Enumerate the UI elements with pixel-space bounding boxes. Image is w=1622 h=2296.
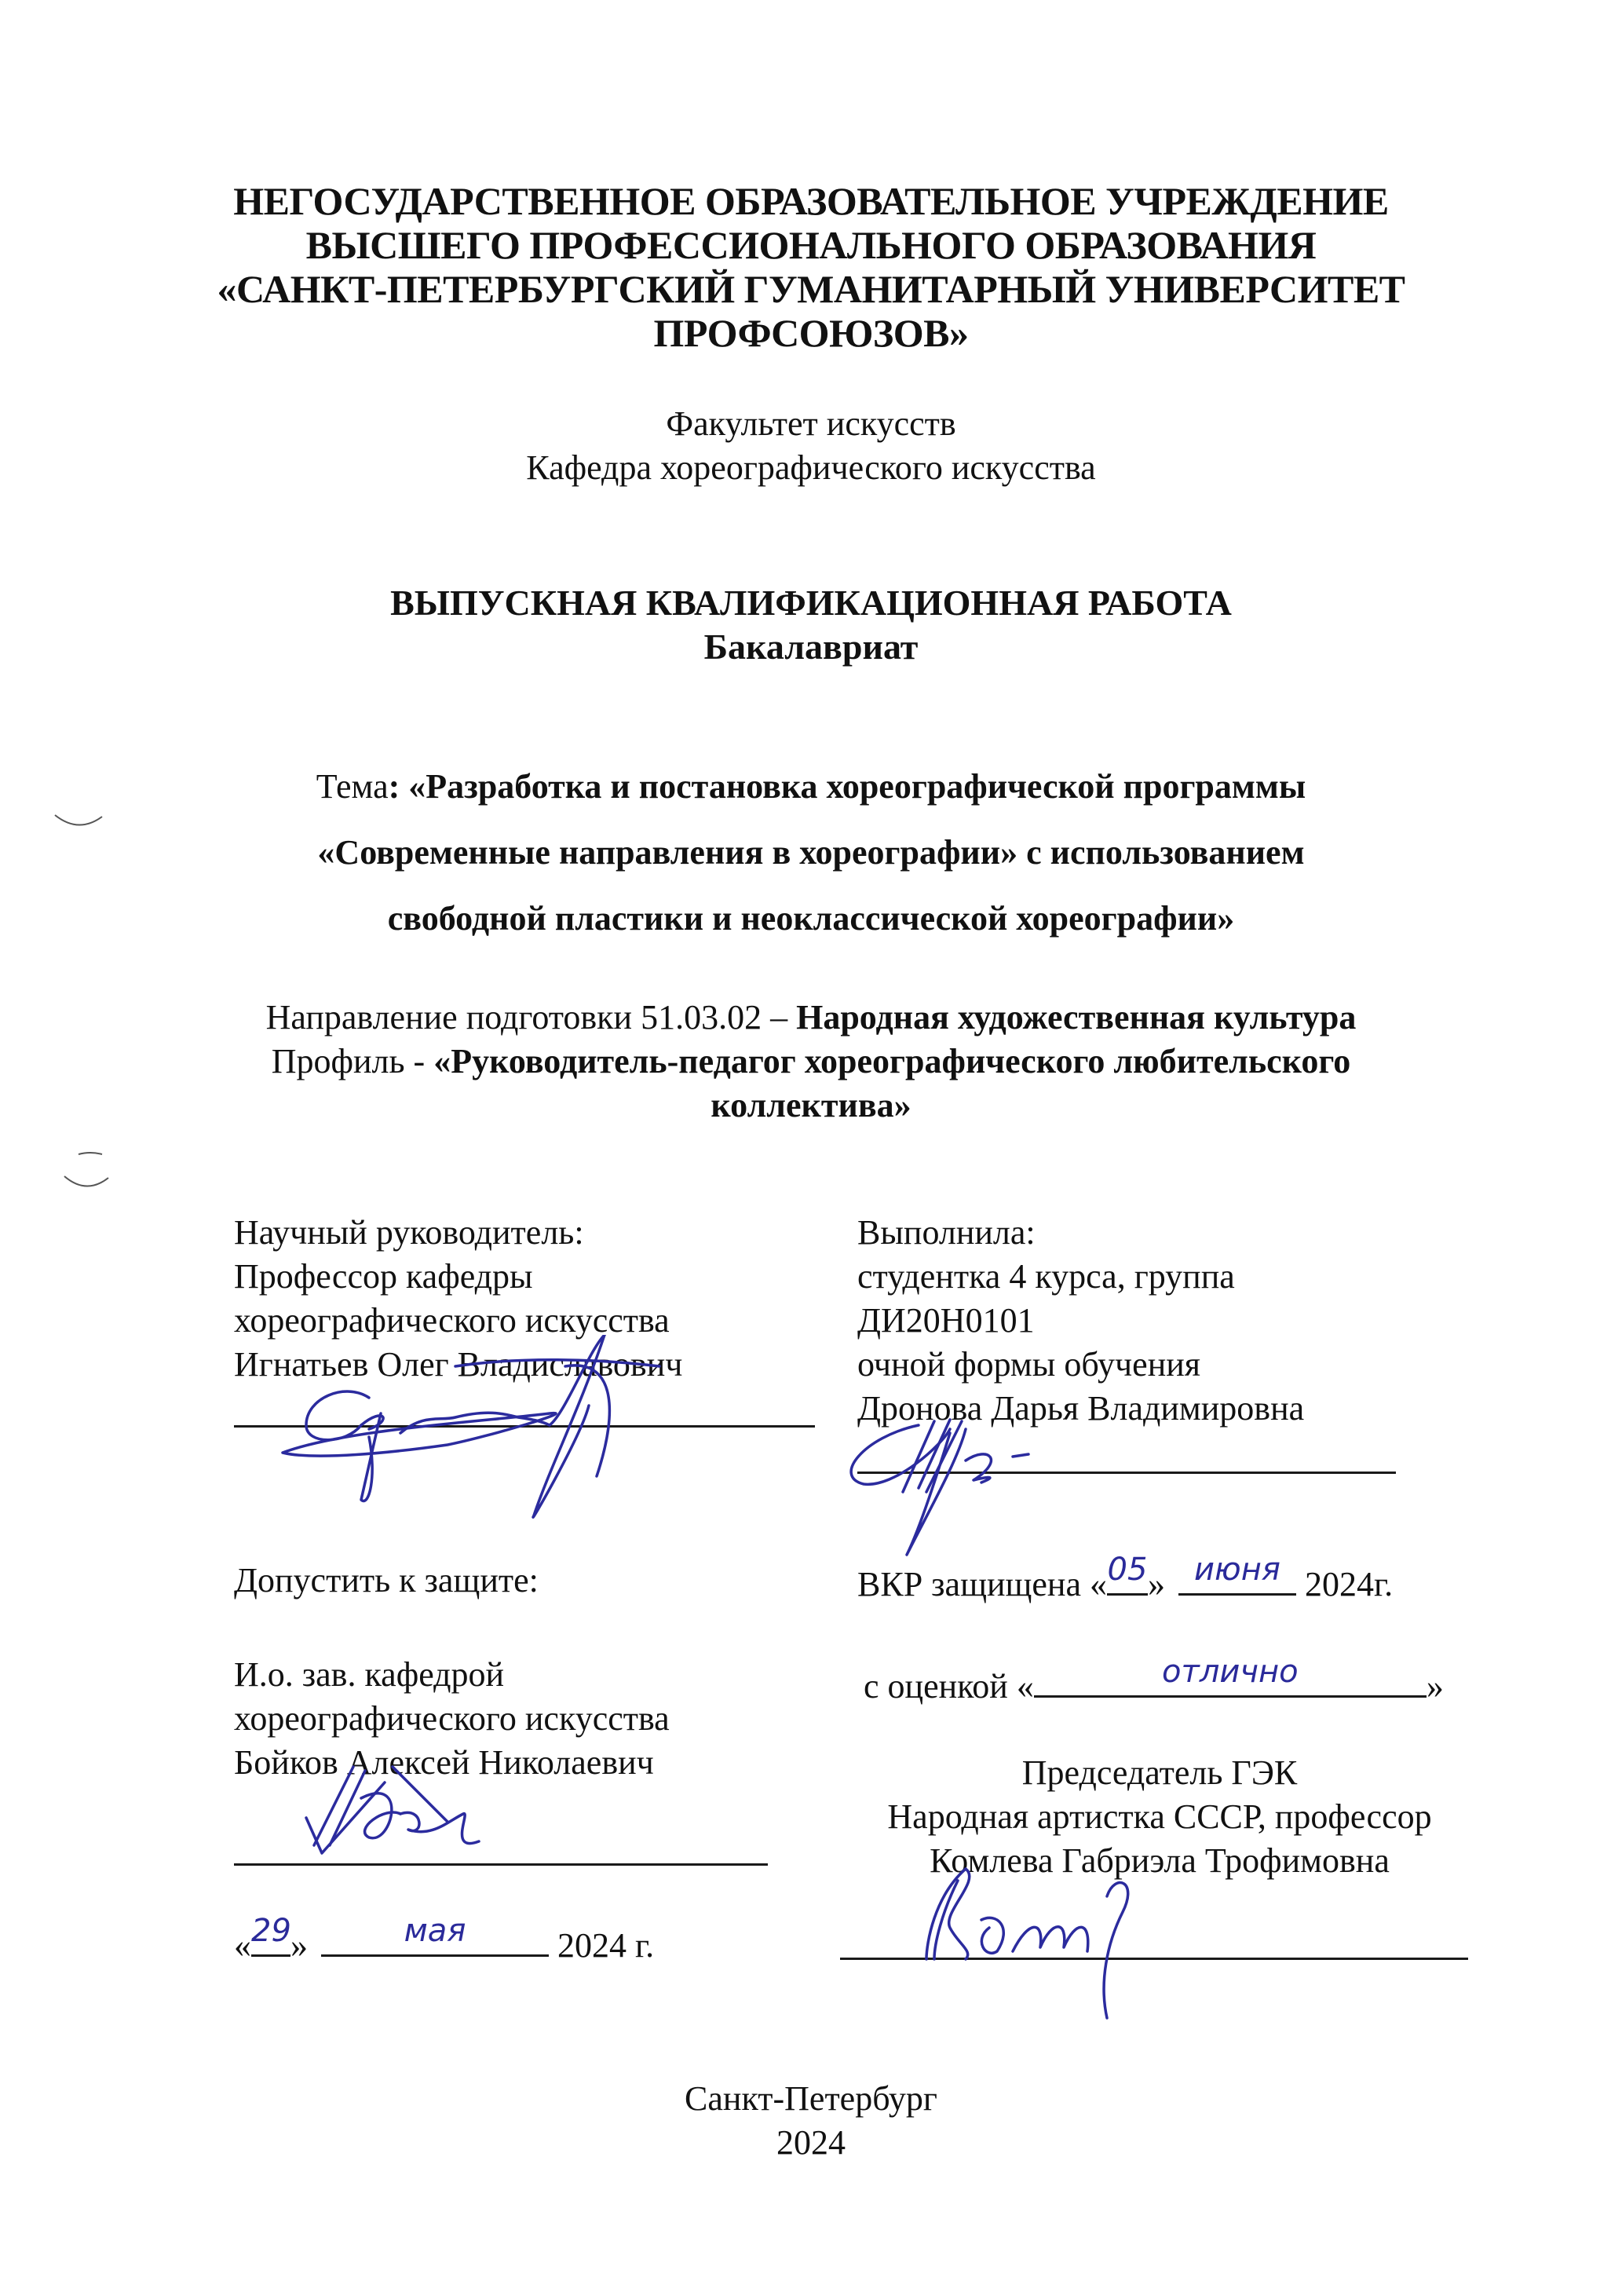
supervisor-title-line-1: Профессор кафедры <box>234 1255 682 1299</box>
punch-hole-mark-bottom <box>55 1146 118 1194</box>
commission-block: Председатель ГЭК Народная артистка СССР,… <box>857 1751 1462 1883</box>
admission-date-close: » <box>290 1926 308 1965</box>
institution-line-1: НЕГОСУДАРСТВЕННОЕ ОБРАЗОВАТЕЛЬНОЕ УЧРЕЖД… <box>0 179 1622 223</box>
commission-signature <box>911 1865 1240 2022</box>
commission-role: Председатель ГЭК <box>857 1751 1462 1795</box>
theme-label: Тема <box>316 767 389 806</box>
work-type-block: ВЫПУСКНАЯ КВАЛИФИКАЦИОННАЯ РАБОТА Бакала… <box>0 581 1622 669</box>
department-name: Кафедра хореографического искусства <box>0 446 1622 490</box>
admission-title-line-1: И.о. зав. кафедрой <box>234 1653 670 1697</box>
defense-close: » <box>1148 1565 1165 1603</box>
profile-label: Профиль - <box>272 1042 434 1080</box>
grade-label: с оценкой « <box>864 1667 1034 1706</box>
grade-field: отлично <box>1034 1661 1427 1698</box>
footer-city: Санкт-Петербург <box>0 2077 1622 2121</box>
admission-signature <box>290 1751 542 1869</box>
defense-day: 05 <box>1107 1548 1148 1592</box>
defense-month-field: июня <box>1178 1559 1296 1596</box>
theme-title-line-3: свободной пластики и неоклассической хор… <box>388 899 1234 938</box>
admission-date-month-field: мая <box>321 1920 549 1957</box>
admission-date-year: 2024 г. <box>557 1926 654 1965</box>
student-course: студентка 4 курса, группа <box>857 1255 1304 1299</box>
grade-close: » <box>1427 1667 1444 1706</box>
defense-grade: с оценкой «отлично» <box>864 1661 1444 1709</box>
institution-header: НЕГОСУДАРСТВЕННОЕ ОБРАЗОВАТЕЛЬНОЕ УЧРЕЖД… <box>0 179 1622 355</box>
defense-date: ВКР защищена «05» июня 2024г. <box>857 1559 1393 1607</box>
direction-value: Народная художественная культура <box>796 998 1356 1036</box>
commission-title: Народная артистка СССР, профессор <box>857 1795 1462 1839</box>
admission-heading: Допустить к защите: <box>234 1559 539 1603</box>
admission-date-day-field: 29 <box>251 1920 290 1957</box>
admission-date-month: мая <box>321 1909 549 1953</box>
defense-label: ВКР защищена « <box>857 1565 1107 1603</box>
admission-date: «29» мая 2024 г. <box>234 1920 654 1968</box>
student-signature <box>832 1413 1083 1570</box>
supervisor-heading: Научный руководитель: <box>234 1211 682 1255</box>
defense-day-field: 05 <box>1107 1559 1148 1596</box>
footer-year: 2024 <box>0 2121 1622 2165</box>
profile-value-line-2: коллектива» <box>711 1086 911 1124</box>
theme-block: Тема: «Разработка и постановка хореограф… <box>0 754 1622 952</box>
title-page: НЕГОСУДАРСТВЕННОЕ ОБРАЗОВАТЕЛЬНОЕ УЧРЕЖД… <box>0 0 1622 2296</box>
faculty-name: Факультет искусств <box>0 402 1622 446</box>
student-group: ДИ20Н0101 <box>857 1299 1304 1343</box>
student-block: Выполнила: студентка 4 курса, группа ДИ2… <box>857 1211 1304 1431</box>
footer-block: Санкт-Петербург 2024 <box>0 2077 1622 2165</box>
faculty-block: Факультет искусств Кафедра хореографичес… <box>0 402 1622 490</box>
supervisor-signature <box>251 1335 801 1594</box>
institution-line-2: ВЫСШЕГО ПРОФЕССИОНАЛЬНОГО ОБРАЗОВАНИЯ <box>0 223 1622 267</box>
direction-block: Направление подготовки 51.03.02 – Народн… <box>0 996 1622 1128</box>
theme-title-line-1: : «Разработка и постановка хореографичес… <box>389 767 1306 806</box>
institution-line-3: «САНКТ-ПЕТЕРБУРГСКИЙ ГУМАНИТАРНЫЙ УНИВЕР… <box>0 267 1622 311</box>
degree-level: Бакалавриат <box>0 625 1622 669</box>
work-type: ВЫПУСКНАЯ КВАЛИФИКАЦИОННАЯ РАБОТА <box>0 581 1622 625</box>
institution-line-4: ПРОФСОЮЗОВ» <box>0 311 1622 355</box>
student-form: очной формы обучения <box>857 1343 1304 1387</box>
theme-title-line-2: «Современные направления в хореографии» … <box>317 833 1304 872</box>
student-heading: Выполнила: <box>857 1211 1304 1255</box>
admission-date-day: 29 <box>251 1909 290 1953</box>
admission-date-open: « <box>234 1926 251 1965</box>
defense-month: июня <box>1178 1548 1296 1592</box>
direction-label: Направление подготовки 51.03.02 – <box>266 998 797 1036</box>
grade-value: отлично <box>1034 1650 1427 1694</box>
defense-year: 2024г. <box>1305 1565 1393 1603</box>
profile-value-line-1: «Руководитель-педагог хореографического … <box>433 1042 1350 1080</box>
admission-title-line-2: хореографического искусства <box>234 1697 670 1741</box>
